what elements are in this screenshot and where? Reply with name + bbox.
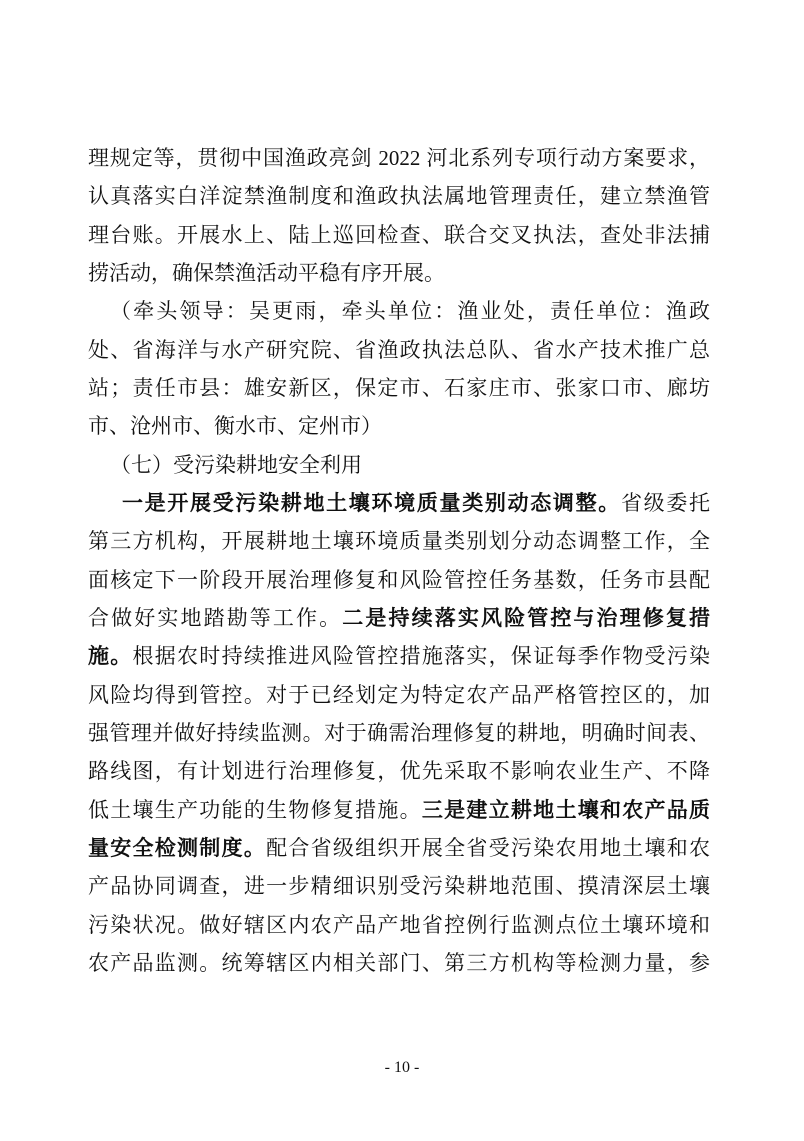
text-line: 面核定下一阶段开展治理修复和风险管控任务基数，任务市县配 [88, 561, 710, 599]
page-number: - 10 - [0, 1058, 804, 1078]
text-line: 处、省海洋与水产研究院、省渔政执法总队、省水产技术推广总 [88, 331, 710, 369]
bold-text-run: 量安全检测制度。 [88, 836, 266, 860]
text-line: 第三方机构，开展耕地土壤环境质量类别划分动态调整工作，全 [88, 522, 710, 560]
text-run: 合做好实地踏勘等工作。 [88, 606, 342, 630]
text-line: 低土壤生产功能的生物修复措施。三是建立耕地土壤和农产品质 [88, 791, 710, 829]
text-run: 认真落实白洋淀禁渔制度和渔政执法属地管理责任，建立禁渔管 [88, 184, 710, 208]
bold-text-run: 施。 [88, 644, 133, 668]
text-run: 风险均得到管控。对于已经划定为特定农产品严格管控区的，加 [88, 683, 710, 707]
text-line: 合做好实地踏勘等工作。二是持续落实风险管控与治理修复措 [88, 599, 710, 637]
text-line: （七）受污染耕地安全利用 [88, 446, 710, 484]
text-run: 市、沧州市、衡水市、定州市） [88, 414, 382, 438]
text-line: 量安全检测制度。配合省级组织开展全省受污染农用地土壤和农 [88, 829, 710, 867]
text-run: 处、省海洋与水产研究院、省渔政执法总队、省水产技术推广总 [88, 338, 710, 362]
text-run: （七）受污染耕地安全利用 [110, 453, 362, 477]
text-line: 产品协同调查，进一步精细识别受污染耕地范围、摸清深层土壤 [88, 867, 710, 905]
text-run: 配合省级组织开展全省受污染农用地土壤和农 [266, 836, 710, 860]
document-body: 理规定等，贯彻中国渔政亮剑 2022 河北系列专项行动方案要求，认真落实白洋淀禁… [88, 139, 710, 982]
text-line: 路线图，有计划进行治理修复，优先采取不影响农业生产、不降 [88, 752, 710, 790]
text-run: 产品协同调查，进一步精细识别受污染耕地范围、摸清深层土壤 [88, 874, 710, 898]
text-line: 理规定等，贯彻中国渔政亮剑 2022 河北系列专项行动方案要求， [88, 139, 710, 177]
text-run: 农产品监测。统筹辖区内相关部门、第三方机构等检测力量，参 [88, 951, 710, 975]
bold-text-run: 二是持续落实风险管控与治理修复措 [342, 606, 710, 630]
text-line: 认真落实白洋淀禁渔制度和渔政执法属地管理责任，建立禁渔管 [88, 177, 710, 215]
text-line: 农产品监测。统筹辖区内相关部门、第三方机构等检测力量，参 [88, 944, 710, 982]
bold-text-run: 一是开展受污染耕地土壤环境质量类别动态调整。 [122, 491, 621, 515]
text-line: 站；责任市县：雄安新区，保定市、石家庄市、张家口市、廊坊 [88, 369, 710, 407]
text-run: 理台账。开展水上、陆上巡回检查、联合交叉执法，查处非法捕 [88, 223, 710, 247]
document-page: 理规定等，贯彻中国渔政亮剑 2022 河北系列专项行动方案要求，认真落实白洋淀禁… [0, 0, 804, 1141]
text-run: 低土壤生产功能的生物修复措施。 [88, 798, 422, 822]
text-run: 第三方机构，开展耕地土壤环境质量类别划分动态调整工作，全 [88, 529, 710, 553]
text-line: 理台账。开展水上、陆上巡回检查、联合交叉执法，查处非法捕 [88, 216, 710, 254]
text-run: （牵头领导：吴更雨，牵头单位：渔业处，责任单位：渔政 [110, 299, 710, 323]
bold-text-run: 三是建立耕地土壤和农产品质 [422, 798, 710, 822]
text-line: 污染状况。做好辖区内农产品产地省控例行监测点位土壤环境和 [88, 906, 710, 944]
text-line: 市、沧州市、衡水市、定州市） [88, 407, 710, 445]
text-line: 捞活动，确保禁渔活动平稳有序开展。 [88, 254, 710, 292]
text-line: 一是开展受污染耕地土壤环境质量类别动态调整。省级委托 [88, 484, 710, 522]
text-line: （牵头领导：吴更雨，牵头单位：渔业处，责任单位：渔政 [88, 292, 710, 330]
text-run: 站；责任市县：雄安新区，保定市、石家庄市、张家口市、廊坊 [88, 376, 710, 400]
text-run: 捞活动，确保禁渔活动平稳有序开展。 [88, 261, 445, 285]
text-run: 根据农时持续推进风险管控措施落实，保证每季作物受污染 [133, 644, 710, 668]
text-line: 风险均得到管控。对于已经划定为特定农产品严格管控区的，加 [88, 676, 710, 714]
text-run: 省级委托 [621, 491, 710, 515]
text-run: 面核定下一阶段开展治理修复和风险管控任务基数，任务市县配 [88, 568, 710, 592]
text-run: 污染状况。做好辖区内农产品产地省控例行监测点位土壤环境和 [88, 913, 710, 937]
text-line: 施。根据农时持续推进风险管控措施落实，保证每季作物受污染 [88, 637, 710, 675]
text-line: 强管理并做好持续监测。对于确需治理修复的耕地，明确时间表、 [88, 714, 710, 752]
text-run: 强管理并做好持续监测。对于确需治理修复的耕地，明确时间表、 [88, 721, 710, 745]
text-run: 理规定等，贯彻中国渔政亮剑 2022 河北系列专项行动方案要求， [88, 146, 710, 170]
text-run: 路线图，有计划进行治理修复，优先采取不影响农业生产、不降 [88, 759, 710, 783]
